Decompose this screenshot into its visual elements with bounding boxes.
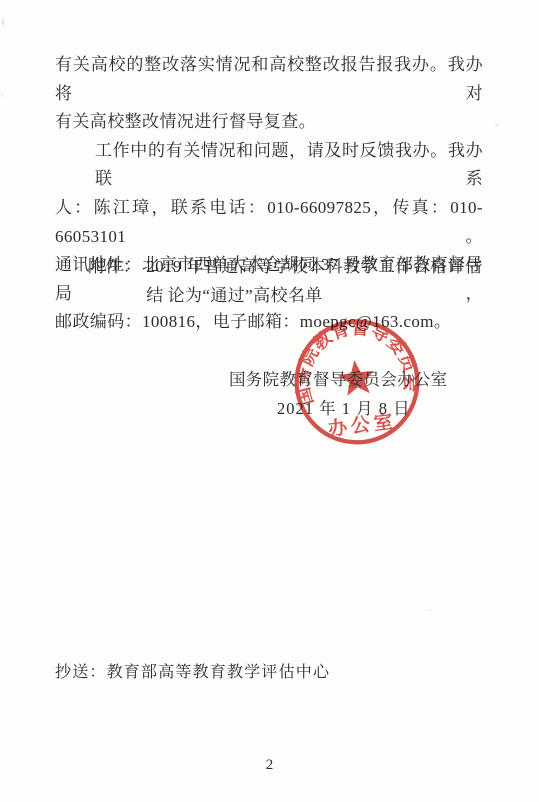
seal-arc-textpath: 国务院教育督导委员会	[284, 309, 424, 408]
page-number: 2	[0, 757, 539, 774]
body-line: 有关高校整改情况进行督导复查。	[55, 108, 483, 137]
attachment-line: 论为“通过”高校名单	[168, 286, 323, 305]
signature-date: 2021 年 1 月 8 日	[277, 398, 411, 420]
body-line: 有关高校的整改落实情况和高校整改报告报我办。我办将对	[55, 51, 483, 108]
body-line: 工作中的有关情况和问题，请及时反馈我办。我办联系	[55, 137, 483, 194]
signature-organization: 国务院教育督导委员会办公室	[229, 369, 447, 391]
body-line: 人：陈江璋，联系电话：010-66097825，传真：010-66053101。	[55, 194, 483, 251]
document-page: 有关高校的整改落实情况和高校整改报告报我办。我办将对 有关高校整改情况进行督导复…	[0, 0, 539, 802]
attachment-title: 2019 年普通高等学校本科教学工作合格评估结 论为“通过”高校名单	[146, 252, 484, 310]
cc-line: 抄送：教育部高等教育教学评估中心	[55, 659, 330, 682]
attachment-label: 附件：	[88, 252, 140, 281]
body-line: 邮政编码：100816，电子邮箱：moepgc@163.com。	[55, 308, 483, 337]
seal-arc-text: 国务院教育督导委员会	[284, 309, 424, 408]
attachment-block: 附件： 2019 年普通高等学校本科教学工作合格评估结 论为“通过”高校名单	[88, 252, 488, 310]
